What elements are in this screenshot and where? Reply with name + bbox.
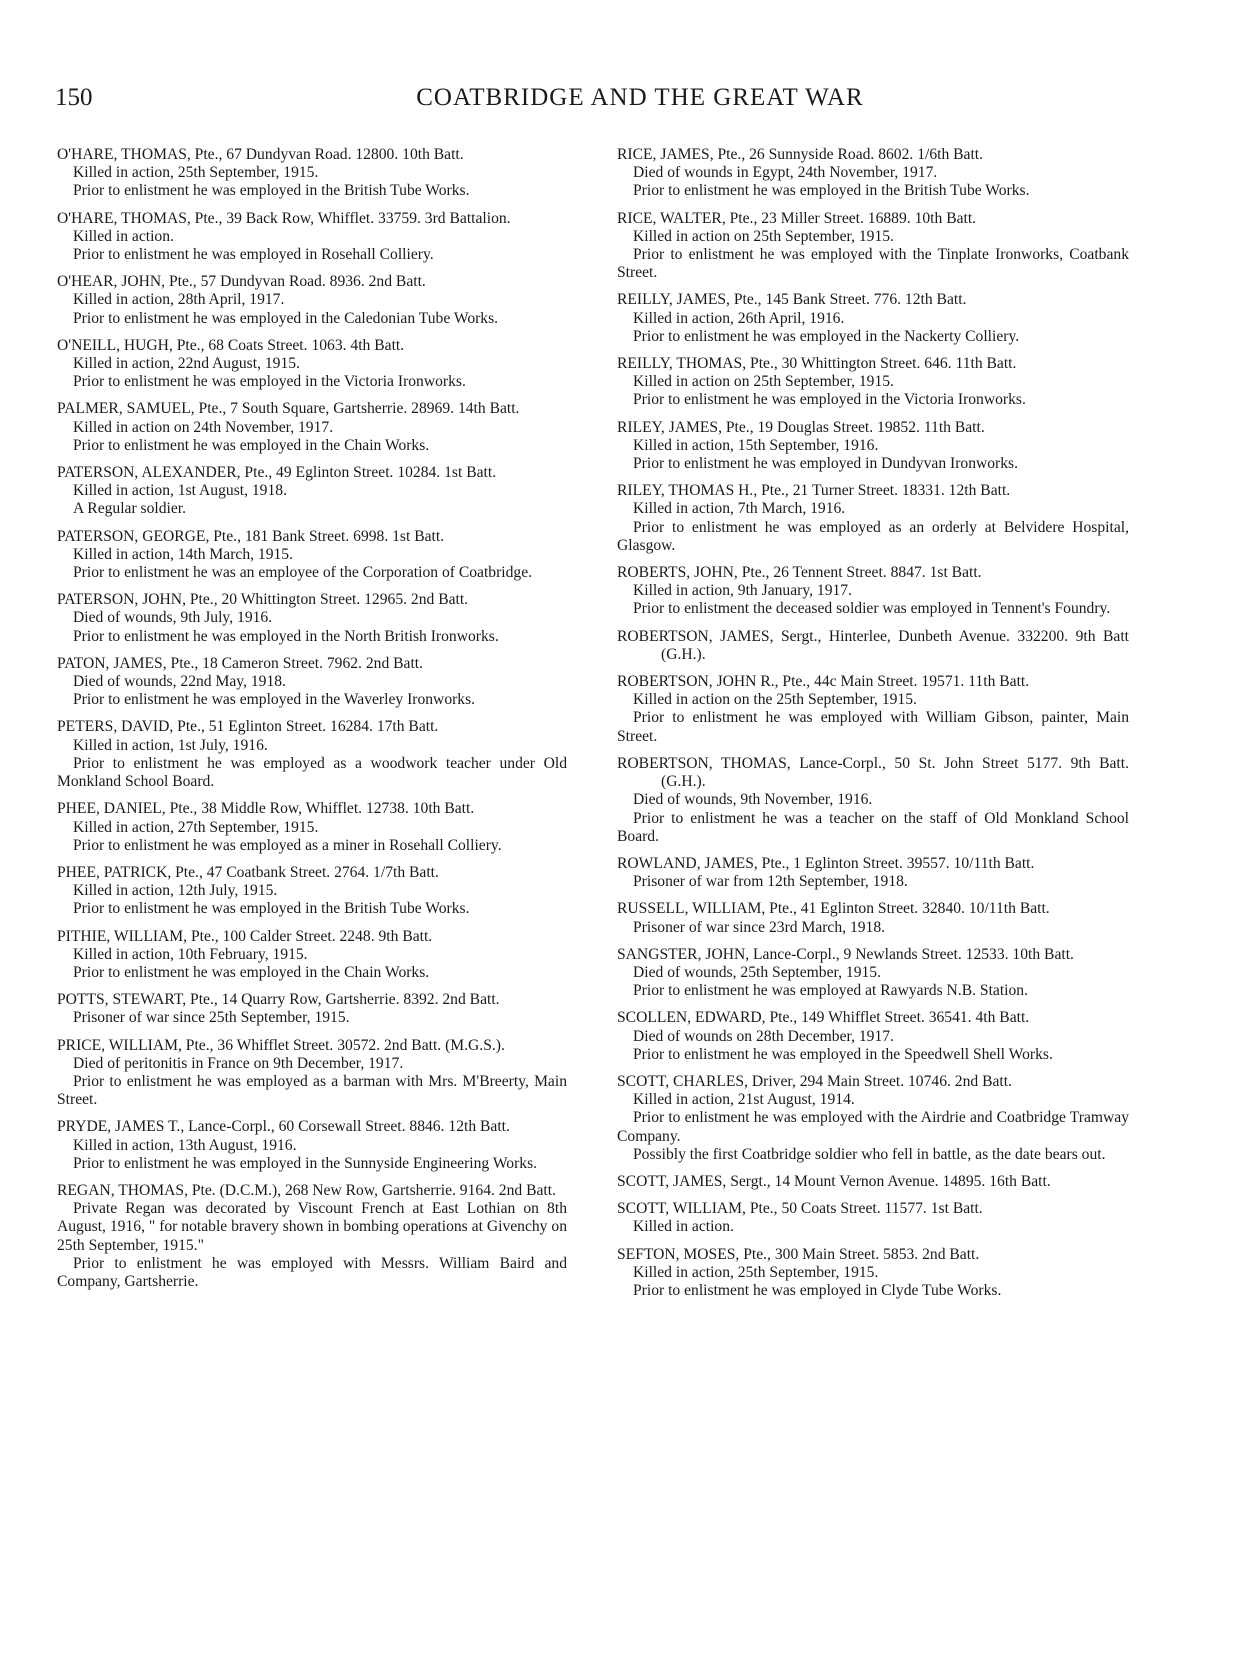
entry-detail: Prior to enlistment he was employed in t…: [57, 437, 567, 455]
roll-entry: RICE, JAMES, Pte., 26 Sunnyside Road. 86…: [617, 146, 1129, 201]
entry-heading: PHEE, PATRICK, Pte., 47 Coatbank Street.…: [57, 864, 567, 882]
entry-detail: Killed in action.: [617, 1218, 1129, 1236]
entry-detail: Prior to enlistment he was a teacher on …: [617, 810, 1129, 846]
entry-detail: Prior to enlistment he was employed in D…: [617, 455, 1129, 473]
entry-detail: Died of wounds, 9th July, 1916.: [57, 609, 567, 627]
entry-detail: Prisoner of war since 23rd March, 1918.: [617, 919, 1129, 937]
roll-entry: O'NEILL, HUGH, Pte., 68 Coats Street. 10…: [57, 337, 567, 392]
roll-entry: PRICE, WILLIAM, Pte., 36 Whifflet Street…: [57, 1037, 567, 1110]
entry-heading: REILLY, THOMAS, Pte., 30 Whittington Str…: [617, 355, 1129, 373]
roll-entry: PALMER, SAMUEL, Pte., 7 South Square, Ga…: [57, 400, 567, 455]
roll-entry: SCOTT, JAMES, Sergt., 14 Mount Vernon Av…: [617, 1173, 1129, 1191]
entry-detail: Prior to enlistment he was employed as a…: [57, 1073, 567, 1109]
roll-entry: O'HARE, THOMAS, Pte., 67 Dundyvan Road. …: [57, 146, 567, 201]
roll-entry: PHEE, PATRICK, Pte., 47 Coatbank Street.…: [57, 864, 567, 919]
entry-heading: REILLY, JAMES, Pte., 145 Bank Street. 77…: [617, 291, 1129, 309]
entry-detail: Killed in action on 25th September, 1915…: [617, 373, 1129, 391]
entry-detail: Prior to enlistment he was employed in t…: [57, 900, 567, 918]
entry-heading: PATON, JAMES, Pte., 18 Cameron Street. 7…: [57, 655, 567, 673]
entry-heading: SCOTT, CHARLES, Driver, 294 Main Street.…: [617, 1073, 1129, 1091]
roll-entry: PATON, JAMES, Pte., 18 Cameron Street. 7…: [57, 655, 567, 710]
entry-heading: PRICE, WILLIAM, Pte., 36 Whifflet Street…: [57, 1037, 567, 1055]
roll-entry: PATERSON, ALEXANDER, Pte., 49 Eglinton S…: [57, 464, 567, 519]
entry-detail: Killed in action, 27th September, 1915.: [57, 819, 567, 837]
roll-entry: SEFTON, MOSES, Pte., 300 Main Street. 58…: [617, 1246, 1129, 1301]
entry-detail: Died of wounds in Egypt, 24th November, …: [617, 164, 1129, 182]
entry-heading: PALMER, SAMUEL, Pte., 7 South Square, Ga…: [57, 400, 567, 418]
roll-entry: PATERSON, JOHN, Pte., 20 Whittington Str…: [57, 591, 567, 646]
entry-detail: A Regular soldier.: [57, 500, 567, 518]
entry-detail: Killed in action, 28th April, 1917.: [57, 291, 567, 309]
entry-heading: PHEE, DANIEL, Pte., 38 Middle Row, Whiff…: [57, 800, 567, 818]
entry-heading: RICE, WALTER, Pte., 23 Miller Street. 16…: [617, 210, 1129, 228]
entry-detail: Possibly the first Coatbridge soldier wh…: [617, 1146, 1129, 1164]
roll-entry: SANGSTER, JOHN, Lance-Corpl., 9 Newlands…: [617, 946, 1129, 1001]
entry-heading: SCOLLEN, EDWARD, Pte., 149 Whifflet Stre…: [617, 1009, 1129, 1027]
roll-entry: O'HARE, THOMAS, Pte., 39 Back Row, Whiff…: [57, 210, 567, 265]
entry-detail: Prior to enlistment he was employed in t…: [617, 182, 1129, 200]
roll-entry: ROBERTSON, JAMES, Sergt., Hinterlee, Dun…: [617, 628, 1129, 664]
entry-detail: Killed in action on 25th September, 1915…: [617, 228, 1129, 246]
roll-entry: RICE, WALTER, Pte., 23 Miller Street. 16…: [617, 210, 1129, 283]
roll-entry: PHEE, DANIEL, Pte., 38 Middle Row, Whiff…: [57, 800, 567, 855]
roll-entry: O'HEAR, JOHN, Pte., 57 Dundyvan Road. 89…: [57, 273, 567, 328]
entry-heading: RICE, JAMES, Pte., 26 Sunnyside Road. 86…: [617, 146, 1129, 164]
entry-detail: Prior to enlistment the deceased soldier…: [617, 600, 1129, 618]
entry-heading: RILEY, JAMES, Pte., 19 Douglas Street. 1…: [617, 419, 1129, 437]
entry-detail: Prior to enlistment he was employed in t…: [57, 373, 567, 391]
entry-detail: Died of wounds, 9th November, 1916.: [617, 791, 1129, 809]
entry-detail: Prior to enlistment he was employed as a…: [617, 519, 1129, 555]
roll-entry: PRYDE, JAMES T., Lance-Corpl., 60 Corsew…: [57, 1118, 567, 1173]
entry-detail: Died of peritonitis in France on 9th Dec…: [57, 1055, 567, 1073]
entry-detail: Prior to enlistment he was employed at R…: [617, 982, 1129, 1000]
entry-detail: Killed in action, 10th February, 1915.: [57, 946, 567, 964]
entry-heading: SEFTON, MOSES, Pte., 300 Main Street. 58…: [617, 1246, 1129, 1264]
entry-heading: PATERSON, ALEXANDER, Pte., 49 Eglinton S…: [57, 464, 567, 482]
entry-detail: Prior to enlistment he was employed in t…: [57, 310, 567, 328]
entry-detail: Killed in action, 25th September, 1915.: [57, 164, 567, 182]
entry-heading: SANGSTER, JOHN, Lance-Corpl., 9 Newlands…: [617, 946, 1129, 964]
roll-entry: PETERS, DAVID, Pte., 51 Eglinton Street.…: [57, 718, 567, 791]
right-column: RICE, JAMES, Pte., 26 Sunnyside Road. 86…: [617, 146, 1129, 1309]
entry-detail: Killed in action on 24th November, 1917.: [57, 419, 567, 437]
entry-heading: POTTS, STEWART, Pte., 14 Quarry Row, Gar…: [57, 991, 567, 1009]
entry-detail: Prior to enlistment he was employed in t…: [617, 328, 1129, 346]
roll-entry: ROBERTSON, THOMAS, Lance-Corpl., 50 St. …: [617, 755, 1129, 846]
entry-detail: Killed in action, 12th July, 1915.: [57, 882, 567, 900]
entry-heading: ROBERTSON, THOMAS, Lance-Corpl., 50 St. …: [617, 755, 1129, 791]
entry-detail: Prior to enlistment he was employed as a…: [57, 755, 567, 791]
entry-heading: O'NEILL, HUGH, Pte., 68 Coats Street. 10…: [57, 337, 567, 355]
entry-detail: Killed in action, 13th August, 1916.: [57, 1137, 567, 1155]
entry-heading: PETERS, DAVID, Pte., 51 Eglinton Street.…: [57, 718, 567, 736]
entry-detail: Killed in action, 26th April, 1916.: [617, 310, 1129, 328]
entry-detail: Killed in action, 25th September, 1915.: [617, 1264, 1129, 1282]
entry-heading: ROBERTSON, JOHN R., Pte., 44c Main Stree…: [617, 673, 1129, 691]
entry-heading: PITHIE, WILLIAM, Pte., 100 Calder Street…: [57, 928, 567, 946]
entry-detail: Prior to enlistment he was employed in t…: [57, 964, 567, 982]
entry-detail: Prior to enlistment he was employed in C…: [617, 1282, 1129, 1300]
entry-heading: O'HARE, THOMAS, Pte., 39 Back Row, Whiff…: [57, 210, 567, 228]
entry-detail: Died of wounds, 22nd May, 1918.: [57, 673, 567, 691]
entry-detail: Prior to enlistment he was employed with…: [617, 246, 1129, 282]
entry-detail: Killed in action, 1st July, 1916.: [57, 737, 567, 755]
entry-detail: Prior to enlistment he was employed in t…: [617, 1046, 1129, 1064]
entry-detail: Prior to enlistment he was employed in t…: [57, 182, 567, 200]
roll-entry: ROWLAND, JAMES, Pte., 1 Eglinton Street.…: [617, 855, 1129, 891]
entry-heading: ROBERTSON, JAMES, Sergt., Hinterlee, Dun…: [617, 628, 1129, 664]
roll-entry: SCOTT, CHARLES, Driver, 294 Main Street.…: [617, 1073, 1129, 1164]
entry-detail: Killed in action, 15th September, 1916.: [617, 437, 1129, 455]
entry-heading: PATERSON, JOHN, Pte., 20 Whittington Str…: [57, 591, 567, 609]
left-column: O'HARE, THOMAS, Pte., 67 Dundyvan Road. …: [57, 146, 567, 1300]
roll-entry: REILLY, JAMES, Pte., 145 Bank Street. 77…: [617, 291, 1129, 346]
entry-detail: Prior to enlistment he was employed in t…: [57, 628, 567, 646]
entry-heading: RILEY, THOMAS H., Pte., 21 Turner Street…: [617, 482, 1129, 500]
entry-detail: Died of wounds on 28th December, 1917.: [617, 1028, 1129, 1046]
entry-detail: Prior to enlistment he was an employee o…: [57, 564, 567, 582]
roll-entry: ROBERTS, JOHN, Pte., 26 Tennent Street. …: [617, 564, 1129, 619]
entry-heading: O'HARE, THOMAS, Pte., 67 Dundyvan Road. …: [57, 146, 567, 164]
entry-detail: Killed in action on the 25th September, …: [617, 691, 1129, 709]
entry-detail: Prior to enlistment he was employed in t…: [57, 1155, 567, 1173]
entry-heading: REGAN, THOMAS, Pte. (D.C.M.), 268 New Ro…: [57, 1182, 567, 1200]
entry-detail: Prior to enlistment he was employed in R…: [57, 246, 567, 264]
roll-entry: RUSSELL, WILLIAM, Pte., 41 Eglinton Stre…: [617, 900, 1129, 936]
entry-detail: Prior to enlistment he was employed with…: [57, 1255, 567, 1291]
running-head: COATBRIDGE AND THE GREAT WAR: [0, 84, 1240, 112]
roll-entry: REGAN, THOMAS, Pte. (D.C.M.), 268 New Ro…: [57, 1182, 567, 1291]
entry-detail: Killed in action, 21st August, 1914.: [617, 1091, 1129, 1109]
entry-detail: Prior to enlistment he was employed with…: [617, 709, 1129, 745]
entry-detail: Killed in action, 14th March, 1915.: [57, 546, 567, 564]
entry-detail: Killed in action, 1st August, 1918.: [57, 482, 567, 500]
roll-entry: PITHIE, WILLIAM, Pte., 100 Calder Street…: [57, 928, 567, 983]
roll-entry: POTTS, STEWART, Pte., 14 Quarry Row, Gar…: [57, 991, 567, 1027]
roll-entry: SCOTT, WILLIAM, Pte., 50 Coats Street. 1…: [617, 1200, 1129, 1236]
entry-detail: Private Regan was decorated by Viscount …: [57, 1200, 567, 1255]
entry-detail: Prior to enlistment he was employed in t…: [57, 691, 567, 709]
entry-detail: Prior to enlistment he was employed with…: [617, 1109, 1129, 1145]
entry-heading: PATERSON, GEORGE, Pte., 181 Bank Street.…: [57, 528, 567, 546]
entry-detail: Killed in action.: [57, 228, 567, 246]
entry-heading: ROWLAND, JAMES, Pte., 1 Eglinton Street.…: [617, 855, 1129, 873]
entry-heading: PRYDE, JAMES T., Lance-Corpl., 60 Corsew…: [57, 1118, 567, 1136]
entry-detail: Killed in action, 7th March, 1916.: [617, 500, 1129, 518]
entry-detail: Prior to enlistment he was employed in t…: [617, 391, 1129, 409]
roll-entry: REILLY, THOMAS, Pte., 30 Whittington Str…: [617, 355, 1129, 410]
roll-entry: SCOLLEN, EDWARD, Pte., 149 Whifflet Stre…: [617, 1009, 1129, 1064]
entry-detail: Prisoner of war from 12th September, 191…: [617, 873, 1129, 891]
entry-heading: SCOTT, JAMES, Sergt., 14 Mount Vernon Av…: [617, 1173, 1129, 1191]
roll-entry: PATERSON, GEORGE, Pte., 181 Bank Street.…: [57, 528, 567, 583]
entry-detail: Died of wounds, 25th September, 1915.: [617, 964, 1129, 982]
roll-entry: RILEY, THOMAS H., Pte., 21 Turner Street…: [617, 482, 1129, 555]
entry-heading: RUSSELL, WILLIAM, Pte., 41 Eglinton Stre…: [617, 900, 1129, 918]
entry-heading: ROBERTS, JOHN, Pte., 26 Tennent Street. …: [617, 564, 1129, 582]
entry-detail: Prisoner of war since 25th September, 19…: [57, 1009, 567, 1027]
roll-entry: ROBERTSON, JOHN R., Pte., 44c Main Stree…: [617, 673, 1129, 746]
entry-detail: Prior to enlistment he was employed as a…: [57, 837, 567, 855]
entry-detail: Killed in action, 9th January, 1917.: [617, 582, 1129, 600]
entry-heading: O'HEAR, JOHN, Pte., 57 Dundyvan Road. 89…: [57, 273, 567, 291]
entry-detail: Killed in action, 22nd August, 1915.: [57, 355, 567, 373]
roll-entry: RILEY, JAMES, Pte., 19 Douglas Street. 1…: [617, 419, 1129, 474]
entry-heading: SCOTT, WILLIAM, Pte., 50 Coats Street. 1…: [617, 1200, 1129, 1218]
